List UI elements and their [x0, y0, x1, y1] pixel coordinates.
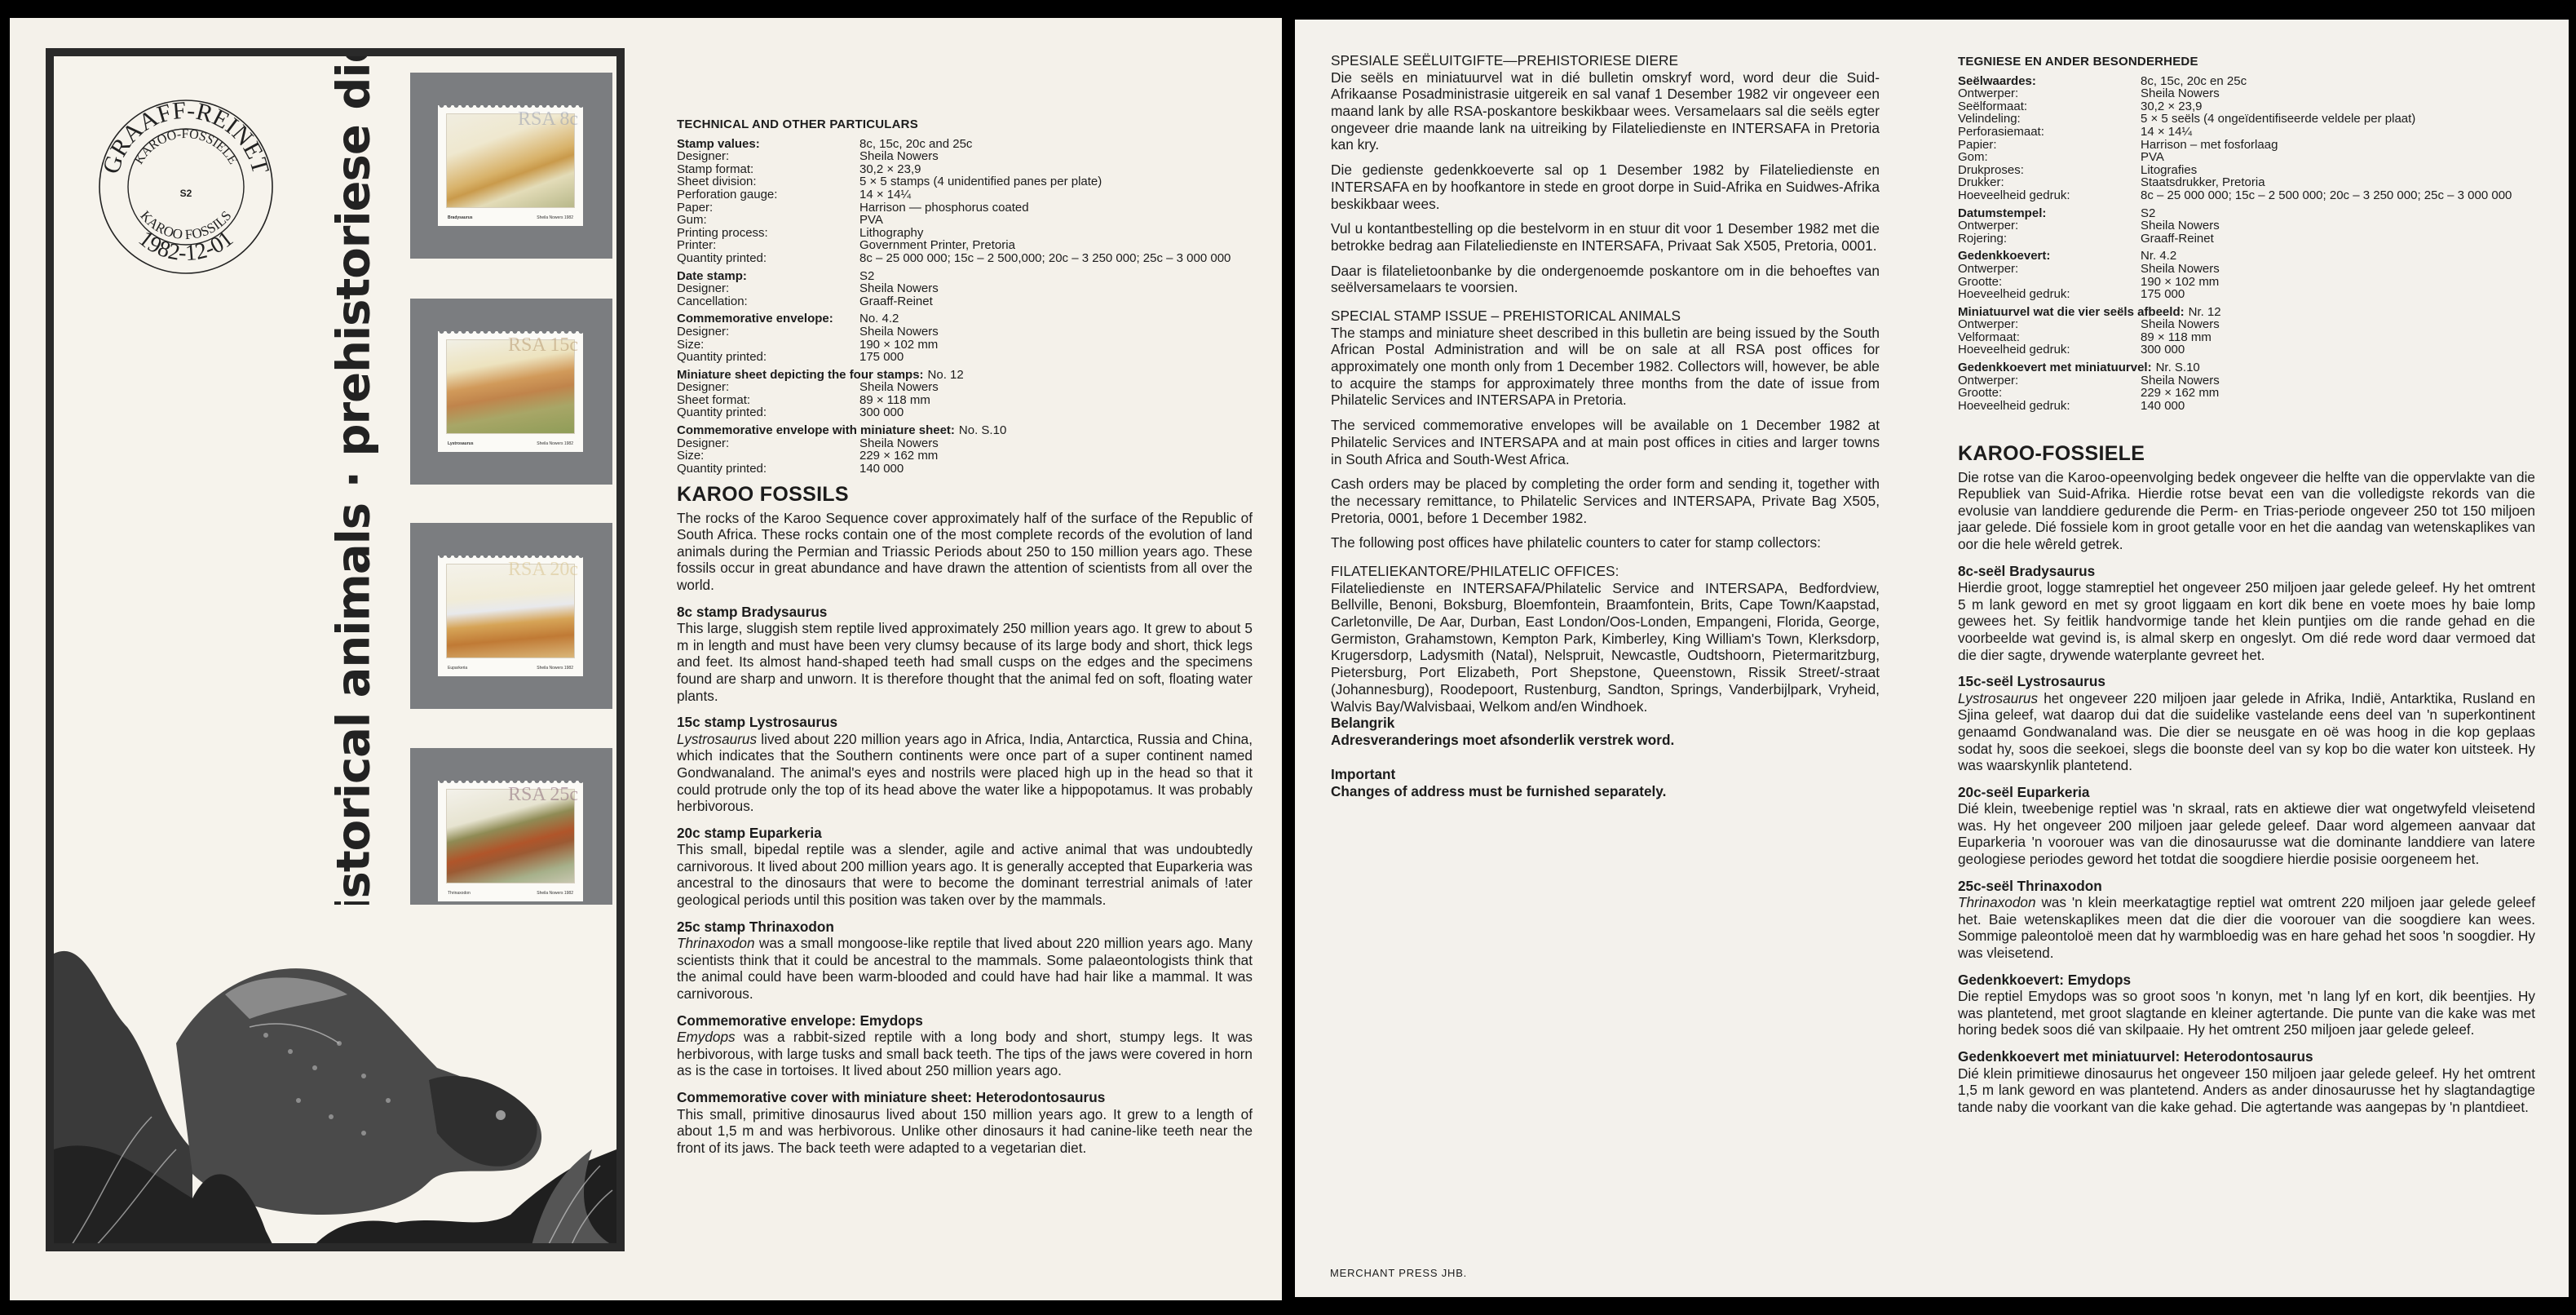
right-page: SPESIALE SEËLUITGIFTE—PREHISTORIESE DIER… [1295, 20, 2569, 1297]
spec-row: Velformaat:89 × 118 mm [1958, 331, 2529, 344]
notice-paragraph: The stamps and miniature sheet described… [1331, 325, 1880, 410]
species-description: This small, bipedal reptile was a slende… [677, 841, 1253, 908]
important-text-en: Changes of address must be furnished sep… [1331, 783, 1880, 800]
notice-paragraph: Die gedienste gedenkkoeverte sal op 1 De… [1331, 162, 1880, 212]
spec-label: Quantity printed: [677, 351, 859, 364]
spec-label: Miniature sheet depicting the four stamp… [677, 369, 924, 382]
spec-value: S2 [2141, 207, 2529, 220]
spec-label: Perforasiemaat: [1958, 126, 2141, 139]
spec-label: Designer: [677, 381, 859, 394]
spec-row: Hoeveelheid gedruk:300 000 [1958, 343, 2529, 356]
spec-label: Designer: [677, 437, 859, 450]
spec-row: Size:229 × 162 mm [677, 449, 1239, 463]
spec-label: Paper: [677, 201, 859, 215]
spec-row: Hoeveelheid gedruk:8c – 25 000 000; 15c … [1958, 189, 2529, 202]
spec-value: 14 × 14¼ [859, 188, 1239, 201]
spec-value: Sheila Nowers [2141, 374, 2529, 387]
spec-group: Date stamp:S2Designer:Sheila NowersCance… [677, 270, 1239, 308]
spec-value: Nr. 12 [2189, 306, 2529, 319]
species-heading: 15c-seël Lystrosaurus [1958, 673, 2535, 690]
spec-row: Gedenkkoevert:Nr. 4.2 [1958, 250, 2529, 263]
section-title: KAROO-FOSSIELE [1958, 445, 2535, 463]
species-description: This large, sluggish stem reptile lived … [677, 620, 1253, 704]
spec-label: Sheet format: [677, 394, 859, 407]
spec-group: Miniatuurvel wat die vier seëls afbeeld:… [1958, 306, 2529, 356]
species-heading: 15c stamp Lystrosaurus [677, 714, 1253, 731]
spec-label: Hoeveelheid gedruk: [1958, 288, 2141, 301]
spec-label: Quantity printed: [677, 252, 859, 265]
spec-value: Harrison — phosphorus coated [859, 201, 1239, 215]
spec-value: 190 × 102 mm [859, 339, 1239, 352]
spec-value: 14 × 14¼ [2141, 126, 2529, 139]
notice-paragraph: Die seëls en miniatuurvel wat in dié bul… [1331, 69, 1880, 154]
spec-value: 89 × 118 mm [2141, 331, 2529, 344]
spec-row: Quantity printed:8c – 25 000 000; 15c – … [677, 252, 1239, 265]
spec-row: Gedenkkoevert met miniatuurvel:Nr. S.10 [1958, 361, 2529, 374]
spec-label: Size: [677, 449, 859, 463]
spec-label: Size: [677, 339, 859, 352]
spec-value: 8c, 15c, 20c en 25c [2141, 75, 2529, 88]
spec-value: 8c – 25 000 000; 15c – 2 500,000; 20c – … [859, 252, 1239, 265]
spec-value: Lithography [859, 227, 1239, 240]
bradysaurus-illustration [54, 905, 625, 1251]
important-text-af: Adresveranderings moet afsonderlik verst… [1331, 732, 1880, 749]
spec-row: Ontwerper:Sheila Nowers [1958, 263, 2529, 276]
spec-group: Datumstempel:S2Ontwerper:Sheila NowersRo… [1958, 207, 2529, 246]
spec-row: Designer:Sheila Nowers [677, 437, 1239, 450]
spec-label: Papier: [1958, 139, 2141, 152]
printer-credit: MERCHANT PRESS JHB. [1330, 1267, 1467, 1279]
spec-value: S2 [859, 270, 1239, 283]
spec-value: 140 000 [2141, 400, 2529, 413]
spec-label: Printing process: [677, 227, 859, 240]
spec-value: No. 12 [928, 369, 1239, 382]
spec-row: Ontwerper:Sheila Nowers [1958, 374, 2529, 387]
spec-row: Quantity printed:175 000 [677, 351, 1239, 364]
spec-group: Gedenkkoevert:Nr. 4.2Ontwerper:Sheila No… [1958, 250, 2529, 300]
spec-label: Ontwerper: [1958, 318, 2141, 331]
spec-row: Sheet division:5 × 5 stamps (4 unidentif… [677, 175, 1239, 188]
spec-value: Staatsdrukker, Pretoria [2141, 176, 2529, 189]
spec-value: 89 × 118 mm [859, 394, 1239, 407]
species-description: Dié klein, tweebenige reptiel was 'n skr… [1958, 800, 2535, 867]
spec-row: Designer:Sheila Nowers [677, 150, 1239, 163]
spec-label: Quantity printed: [677, 463, 859, 476]
notice-paragraph: Cash orders may be placed by completing … [1331, 476, 1880, 526]
english-karoo-fossils: KAROO FOSSILS The rocks of the Karoo Seq… [677, 486, 1253, 1164]
species-heading: Commemorative cover with miniature sheet… [677, 1089, 1253, 1106]
spec-value: 8c – 25 000 000; 15c – 2 500 000; 20c – … [2141, 189, 2529, 202]
spec-value: 175 000 [859, 351, 1239, 364]
spec-group: Stamp values:8c, 15c, 20c and 25cDesigne… [677, 138, 1239, 265]
spec-label: Gum: [677, 214, 859, 227]
afrikaans-notice-title: SPESIALE SEËLUITGIFTE—PREHISTORIESE DIER… [1331, 52, 1880, 69]
spec-row: Drukproses:Litografies [1958, 164, 2529, 177]
spec-label: Datumstempel: [1958, 207, 2141, 220]
spec-label: Designer: [677, 325, 859, 339]
spec-label: Ontwerper: [1958, 263, 2141, 276]
species-description: Emydops was a rabbit-sized reptile with … [677, 1029, 1253, 1079]
spec-value: Graaff-Reinet [2141, 232, 2529, 246]
spec-label: Drukproses: [1958, 164, 2141, 177]
spec-row: Grootte:229 × 162 mm [1958, 387, 2529, 400]
species-heading: Gedenkkoevert met miniatuurvel: Heterodo… [1958, 1048, 2535, 1065]
spec-label: Commemorative envelope: [677, 312, 859, 325]
philatelic-offices-title: FILATELIEKANTORE/PHILATELIC OFFICES: [1331, 563, 1880, 580]
spec-value: Government Printer, Pretoria [859, 239, 1239, 252]
spec-row: Sheet format:89 × 118 mm [677, 394, 1239, 407]
spec-row: Perforasiemaat:14 × 14¼ [1958, 126, 2529, 139]
spec-value: 5 × 5 stamps (4 unidentified panes per p… [859, 175, 1239, 188]
spec-row: Ontwerper:Sheila Nowers [1958, 318, 2529, 331]
left-page: GRAAFF-REINET KAROO-FOSSIELE KAROO FOSSI… [10, 18, 1282, 1300]
section-title: KAROO FOSSILS [677, 486, 1253, 503]
spec-label: Quantity printed: [677, 406, 859, 419]
spec-value: Nr. 4.2 [2141, 250, 2529, 263]
spec-row: Printing process:Lithography [677, 227, 1239, 240]
spec-value: PVA [859, 214, 1239, 227]
spec-value: Sheila Nowers [859, 325, 1239, 339]
spec-row: Size:190 × 102 mm [677, 339, 1239, 352]
spec-row: Date stamp:S2 [677, 270, 1239, 283]
spec-row: Stamp format:30,2 × 23,9 [677, 163, 1239, 176]
spec-row: Quantity printed:140 000 [677, 463, 1239, 476]
spec-row: Seëlformaat:30,2 × 23,9 [1958, 100, 2529, 113]
notice-paragraph: The following post offices have philatel… [1331, 534, 1880, 551]
species-heading: 20c-seël Euparkeria [1958, 784, 2535, 801]
spec-value: Sheila Nowers [859, 437, 1239, 450]
intro-paragraph: Die rotse van die Karoo-opeenvolging bed… [1958, 469, 2535, 553]
spec-row: Datumstempel:S2 [1958, 207, 2529, 220]
spec-row: Commemorative envelope with miniature sh… [677, 424, 1239, 437]
spec-row: Hoeveelheid gedruk:175 000 [1958, 288, 2529, 301]
species-heading: 25c-seël Thrinaxodon [1958, 878, 2535, 895]
spec-row: Gom:PVA [1958, 151, 2529, 164]
spec-label: Printer: [677, 239, 859, 252]
species-heading: 25c stamp Thrinaxodon [677, 919, 1253, 936]
spec-row: Perforation gauge:14 × 14¼ [677, 188, 1239, 201]
spec-label: Grootte: [1958, 387, 2141, 400]
spec-row: Gum:PVA [677, 214, 1239, 227]
spec-row: Printer:Government Printer, Pretoria [677, 239, 1239, 252]
spec-row: Designer:Sheila Nowers [677, 282, 1239, 295]
intro-paragraph: The rocks of the Karoo Sequence cover ap… [677, 510, 1253, 594]
spec-value: No. 4.2 [859, 312, 1239, 325]
spec-group: Miniature sheet depicting the four stamp… [677, 369, 1239, 419]
spec-value: 190 × 102 mm [2141, 276, 2529, 289]
spec-row: Designer:Sheila Nowers [677, 325, 1239, 339]
spec-row: Cancellation:Graaff-Reinet [677, 295, 1239, 308]
spec-row: Paper:Harrison — phosphorus coated [677, 201, 1239, 215]
spec-row: Ontwerper:Sheila Nowers [1958, 87, 2529, 100]
spec-value: Litografies [2141, 164, 2529, 177]
spec-label: Rojering: [1958, 232, 2141, 246]
spec-label: Date stamp: [677, 270, 859, 283]
svg-text:S2: S2 [180, 188, 192, 199]
spec-row: Stamp values:8c, 15c, 20c and 25c [677, 138, 1239, 151]
species-heading: 8c stamp Bradysaurus [677, 604, 1253, 621]
important-heading-af: Belangrik [1331, 715, 1880, 732]
spec-value: 300 000 [859, 406, 1239, 419]
spec-group: Commemorative envelope with miniature sh… [677, 424, 1239, 475]
spec-label: Cancellation: [677, 295, 859, 308]
spec-value: Sheila Nowers [2141, 263, 2529, 276]
issue-notice: SPESIALE SEËLUITGIFTE—PREHISTORIESE DIER… [1331, 52, 1880, 800]
spec-group: Gedenkkoevert met miniatuurvel:Nr. S.10O… [1958, 361, 2529, 412]
spec-value: No. S.10 [959, 424, 1239, 437]
spec-label: Hoeveelheid gedruk: [1958, 343, 2141, 356]
spec-label: Designer: [677, 150, 859, 163]
english-technical-particulars: TECHNICAL AND OTHER PARTICULARS Stamp va… [677, 118, 1239, 480]
spec-row: Seëlwaardes:8c, 15c, 20c en 25c [1958, 75, 2529, 88]
species-description: Die reptiel Emydops was so groot soos 'n… [1958, 988, 2535, 1038]
spec-row: Quantity printed:300 000 [677, 406, 1239, 419]
spec-label: Gom: [1958, 151, 2141, 164]
species-description: Lystrosaurus het ongeveer 220 miljoen ja… [1958, 690, 2535, 774]
species-description: Thrinaxodon was 'n klein meerkatagtige r… [1958, 894, 2535, 961]
spec-label: Velformaat: [1958, 331, 2141, 344]
spec-label: Seëlwaardes: [1958, 75, 2141, 88]
spec-value: Sheila Nowers [2141, 318, 2529, 331]
spec-row: Drukker:Staatsdrukker, Pretoria [1958, 176, 2529, 189]
spec-row: Miniature sheet depicting the four stamp… [677, 369, 1239, 382]
spec-value: 175 000 [2141, 288, 2529, 301]
spec-label: Grootte: [1958, 276, 2141, 289]
spec-row: Hoeveelheid gedruk:140 000 [1958, 400, 2529, 413]
species-heading: 20c stamp Euparkeria [677, 825, 1253, 842]
stamp-15c: RSA 15c Lystrosaurus Sheila Nowers 1982 [410, 299, 612, 485]
spec-group: Seëlwaardes:8c, 15c, 20c en 25cOntwerper… [1958, 75, 2529, 202]
spec-value: Harrison – met fosforlaag [2141, 139, 2529, 152]
spec-value: Sheila Nowers [859, 381, 1239, 394]
important-heading-en: Important [1331, 766, 1880, 783]
spec-label: Stamp values: [677, 138, 859, 151]
spec-value: 300 000 [2141, 343, 2529, 356]
postmark-cancellation: GRAAFF-REINET KAROO-FOSSIELE KAROO FOSSI… [96, 97, 276, 277]
spec-value: Sheila Nowers [2141, 87, 2529, 100]
spec-label: Perforation gauge: [677, 188, 859, 201]
spec-label: Ontwerper: [1958, 374, 2141, 387]
stamp-20c: RSA 20c Euparkeria Sheila Nowers 1982 [410, 523, 612, 709]
spec-value: 30,2 × 23,9 [2141, 100, 2529, 113]
spec-value: Graaff-Reinet [859, 295, 1239, 308]
english-notice-title: SPECIAL STAMP ISSUE – PREHISTORICAL ANIM… [1331, 308, 1880, 325]
spec-label: Ontwerper: [1958, 87, 2141, 100]
spec-label: Hoeveelheid gedruk: [1958, 189, 2141, 202]
notice-paragraph: Vul u kontantbestelling op die bestelvor… [1331, 220, 1880, 254]
species-heading: 8c-seël Bradysaurus [1958, 563, 2535, 580]
spec-group: Commemorative envelope:No. 4.2Designer:S… [677, 312, 1239, 363]
spec-value: 229 × 162 mm [2141, 387, 2529, 400]
spec-label: Velindeling: [1958, 113, 2141, 126]
species-heading: Commemorative envelope: Emydops [677, 1012, 1253, 1029]
vertical-title: prehistorical animals · prehistoriese di… [321, 97, 387, 913]
spec-row: Velindeling:5 × 5 seëls (4 ongeïdentifis… [1958, 113, 2529, 126]
stamp-8c: RSA 8c Bradysaurus Sheila Nowers 1982 [410, 73, 612, 259]
spec-value: Sheila Nowers [859, 150, 1239, 163]
philatelic-offices-list: Filateliedienste en INTERSAFA/Philatelic… [1331, 580, 1880, 715]
spec-row: Rojering:Graaff-Reinet [1958, 232, 2529, 246]
afrikaans-karoo-fossils: KAROO-FOSSIELE Die rotse van die Karoo-o… [1958, 445, 2535, 1123]
species-description: Hierdie groot, logge stamreptiel het ong… [1958, 579, 2535, 663]
spec-label: Commemorative envelope with miniature sh… [677, 424, 955, 437]
spec-value: PVA [2141, 151, 2529, 164]
spec-row: Grootte:190 × 102 mm [1958, 276, 2529, 289]
spec-label: Gedenkkoevert: [1958, 250, 2141, 263]
spec-label: Hoeveelheid gedruk: [1958, 400, 2141, 413]
spec-row: Designer:Sheila Nowers [677, 381, 1239, 394]
spec-label: Sheet division: [677, 175, 859, 188]
spec-row: Papier:Harrison – met fosforlaag [1958, 139, 2529, 152]
spec-value: Sheila Nowers [859, 282, 1239, 295]
spec-value: 30,2 × 23,9 [859, 163, 1239, 176]
species-description: Lystrosaurus lived about 220 million yea… [677, 731, 1253, 815]
spec-label: Drukker: [1958, 176, 2141, 189]
spec-label: Gedenkkoevert met miniatuurvel: [1958, 361, 2152, 374]
spec-value: 5 × 5 seëls (4 ongeïdentifiseerde veldel… [2141, 113, 2529, 126]
spec-value: Sheila Nowers [2141, 219, 2529, 232]
spec-label: Stamp format: [677, 163, 859, 176]
spec-label: Seëlformaat: [1958, 100, 2141, 113]
spec-value: 229 × 162 mm [859, 449, 1239, 463]
species-description: Thrinaxodon was a small mongoose-like re… [677, 935, 1253, 1002]
species-description: Dié klein primitiewe dinosaurus het onge… [1958, 1065, 2535, 1116]
spec-value: Nr. S.10 [2156, 361, 2529, 374]
spec-label: Ontwerper: [1958, 219, 2141, 232]
afrikaans-technical-particulars: TEGNIESE EN ANDER BESONDERHEDE Seëlwaard… [1958, 55, 2529, 417]
species-description: This small, primitive dinosaurus lived a… [677, 1106, 1253, 1157]
notice-paragraph: The serviced commemorative envelopes wil… [1331, 417, 1880, 467]
species-heading: Gedenkkoevert: Emydops [1958, 972, 2535, 989]
spec-row: Ontwerper:Sheila Nowers [1958, 219, 2529, 232]
spec-label: Designer: [677, 282, 859, 295]
cover-panel: GRAAFF-REINET KAROO-FOSSIELE KAROO FOSSI… [46, 48, 625, 1251]
spec-value: 8c, 15c, 20c and 25c [859, 138, 1239, 151]
spec-row: Miniatuurvel wat die vier seëls afbeeld:… [1958, 306, 2529, 319]
spec-label: Miniatuurvel wat die vier seëls afbeeld: [1958, 306, 2185, 319]
notice-paragraph: Daar is filatelietoonbanke by die onderg… [1331, 263, 1880, 296]
spec-row: Commemorative envelope:No. 4.2 [677, 312, 1239, 325]
spec-value: 140 000 [859, 463, 1239, 476]
